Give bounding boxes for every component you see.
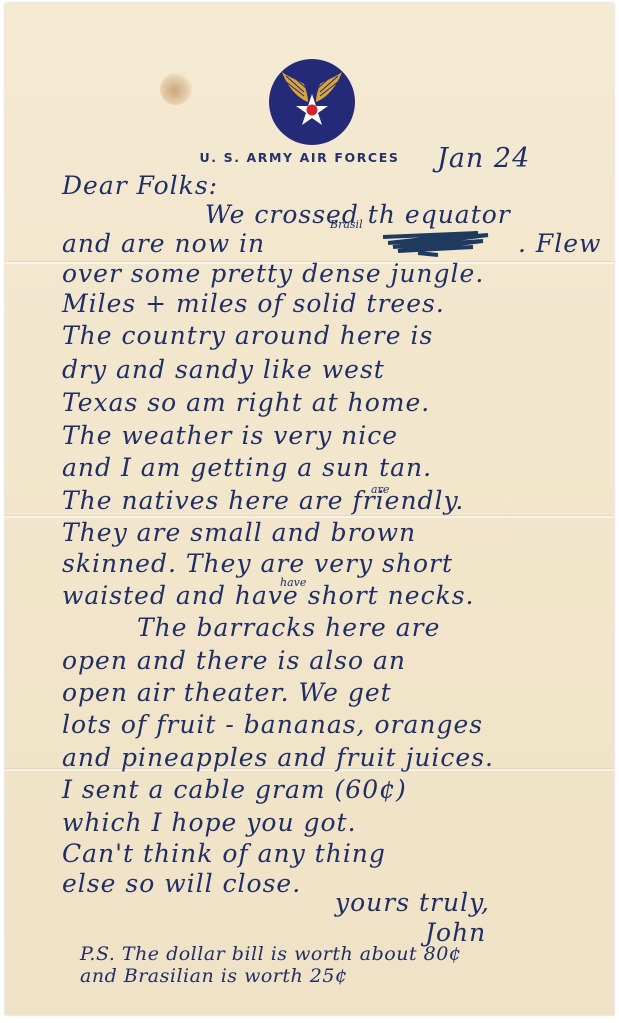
- body-line: dry and sandy like west: [62, 355, 385, 384]
- body-line: Can't think of any thing: [62, 839, 386, 868]
- salutation: Dear Folks:: [62, 171, 218, 200]
- body-line: which I hope you got.: [62, 808, 357, 837]
- body-line: I sent a cable gram (60¢): [62, 775, 407, 804]
- closing: yours truly,: [335, 888, 490, 917]
- postscript-line: P.S. The dollar bill is worth about 80¢: [80, 943, 461, 965]
- body-line: waisted and have short necks.: [62, 581, 475, 610]
- body-line: and I am getting a sun tan.: [62, 453, 432, 482]
- body-line: and pineapples and fruit juices.: [62, 743, 494, 772]
- body-line: Texas so am right at home.: [62, 388, 430, 417]
- postscript-line: and Brasilian is worth 25¢: [80, 965, 348, 987]
- body-line: lots of fruit - bananas, oranges: [62, 710, 483, 739]
- body-line: The natives here are friendly.: [62, 486, 464, 515]
- letter-date: Jan 24: [437, 143, 530, 174]
- insertion-are: are: [371, 483, 389, 496]
- body-line: else so will close.: [62, 869, 301, 898]
- body-line-end: . Flew: [518, 229, 601, 258]
- paper-stain: [160, 73, 192, 105]
- insertion-brasil: Brasil: [330, 218, 363, 231]
- body-line: over some pretty dense jungle.: [62, 259, 484, 288]
- body-line: The country around here is: [62, 321, 433, 350]
- censored-scribble: [378, 225, 498, 257]
- body-line: and are now in: [62, 229, 265, 258]
- body-line: The barracks here are: [137, 613, 440, 642]
- letter-paper: U. S. ARMY AIR FORCES Jan 24 Dear Folks:…: [5, 3, 614, 1015]
- body-line: Miles + miles of solid trees.: [62, 289, 445, 318]
- body-line: open and there is also an: [62, 646, 406, 675]
- army-air-forces-emblem-icon: [268, 58, 356, 146]
- insertion-have: have: [280, 576, 306, 589]
- body-line: open air theater. We get: [62, 678, 392, 707]
- body-line: skinned. They are very short: [62, 549, 453, 578]
- body-line: The weather is very nice: [62, 421, 398, 450]
- body-line: They are small and brown: [62, 518, 416, 547]
